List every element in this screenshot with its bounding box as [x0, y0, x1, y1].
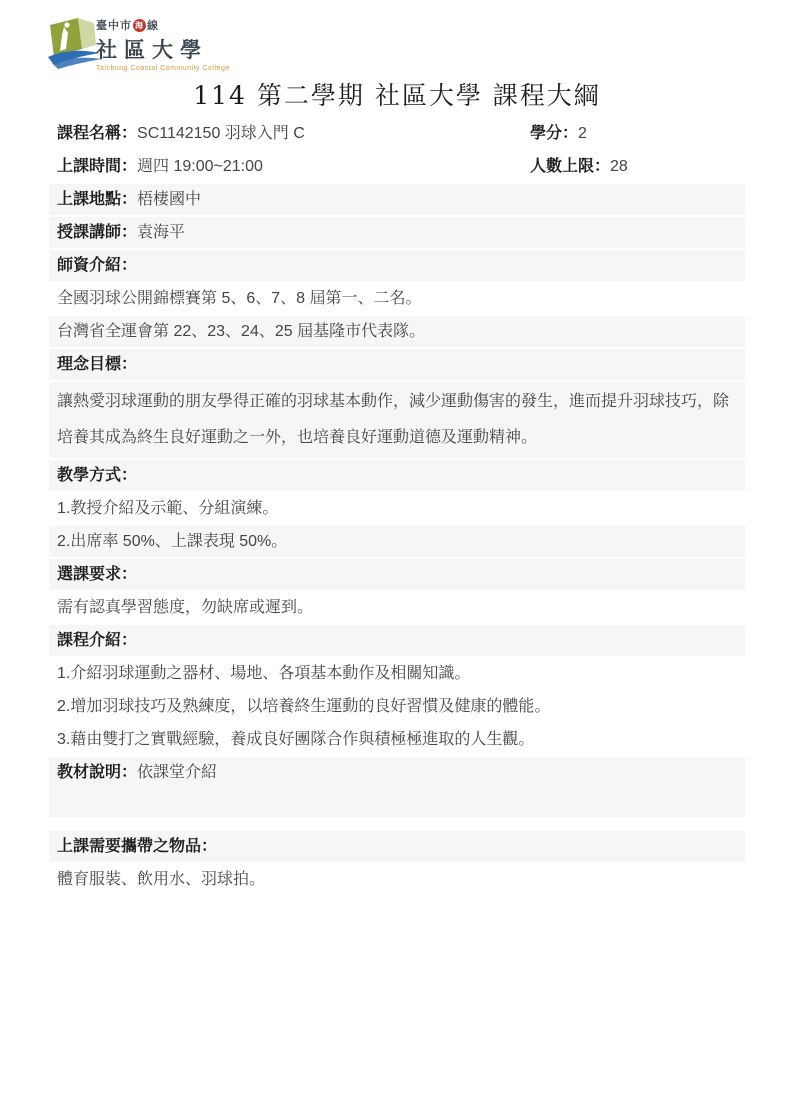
text-line: 2.增加羽球技巧及熟練度，以培養終生運動的良好習慣及健康的體能。 [57, 698, 550, 715]
field-value: 週四 19:00~21:00 [137, 158, 263, 175]
field-row: 上課地點：梧棲國中 [49, 184, 745, 215]
field-label: 學分： [530, 125, 578, 142]
page-title: 114 第二學期 社區大學 課程大綱 [0, 76, 794, 112]
text-line: 1.教授介紹及示範、分組演練。 [57, 500, 278, 517]
field-label: 課程名稱： [57, 125, 137, 142]
text-row: 需有認真學習態度，勿缺席或遲到。 [49, 592, 745, 623]
section-heading-row: 理念目標： [49, 349, 745, 380]
text-line: 全國羽球公開錦標賽第 5、6、7、8 屆第一、二名。 [57, 290, 422, 307]
field: 授課講師：袁海平 [57, 224, 185, 241]
text-row: 體育服裝、飲用水、羽球拍。 [49, 864, 745, 895]
field: 人數上限：28 [530, 151, 628, 182]
text-line: 讓熱愛羽球運動的朋友學得正確的羽球基本動作，減少運動傷害的發生，進而提升羽球技巧… [57, 393, 729, 446]
field-value: SC1142150 羽球入門 C [137, 125, 305, 142]
text-row: 台灣省全運會第 22、23、24、25 屆基隆市代表隊。 [49, 316, 745, 347]
text-row: 讓熱愛羽球運動的朋友學得正確的羽球基本動作，減少運動傷害的發生，進而提升羽球技巧… [49, 382, 745, 458]
logo-text: 臺中市 海 線 社區大學 Taichung Coastal Community … [96, 17, 281, 72]
field-label: 上課時間： [57, 158, 137, 175]
logo-line1: 臺中市 海 線 [96, 17, 281, 33]
field-label: 人數上限： [530, 158, 610, 175]
section-heading: 課程介紹： [57, 632, 137, 649]
text-row: 1.介紹羽球運動之器材、場地、各項基本動作及相關知識。 [49, 658, 745, 689]
school-logo: 臺中市 海 線 社區大學 Taichung Coastal Community … [44, 13, 284, 75]
field-value: 28 [610, 158, 628, 175]
field: 教材說明：依課堂介紹 [57, 764, 217, 781]
text-line: 需有認真學習態度，勿缺席或遲到。 [57, 599, 313, 616]
section-heading-row: 課程介紹： [49, 625, 745, 656]
field: 上課時間：週四 19:00~21:00 [57, 158, 263, 175]
text-line: 體育服裝、飲用水、羽球拍。 [57, 871, 265, 888]
text-row: 3.藉由雙打之實戰經驗，養成良好團隊合作與積極極進取的人生觀。 [49, 724, 745, 755]
spacer-row [49, 819, 745, 829]
field: 學分：2 [530, 118, 587, 149]
field: 上課地點：梧棲國中 [57, 191, 201, 208]
field: 課程名稱：SC1142150 羽球入門 C [57, 125, 305, 142]
field-value: 2 [578, 125, 587, 142]
section-heading-row: 師資介紹： [49, 250, 745, 281]
section-heading: 選課要求： [57, 566, 137, 583]
field-value: 依課堂介紹 [137, 764, 217, 781]
field-row: 課程名稱：SC1142150 羽球入門 C學分：2 [49, 118, 745, 149]
red-seal-icon: 海 [133, 19, 146, 32]
text-row: 全國羽球公開錦標賽第 5、6、7、8 屆第一、二名。 [49, 283, 745, 314]
syllabus-table: 課程名稱：SC1142150 羽球入門 C學分：2上課時間：週四 19:00~2… [49, 118, 745, 897]
text-line: 2.出席率 50%、上課表現 50%。 [57, 533, 287, 550]
section-heading-row: 選課要求： [49, 559, 745, 590]
field-label: 教材說明： [57, 764, 137, 781]
logo-school-name: 社區大學 [96, 34, 281, 64]
section-heading: 師資介紹： [57, 257, 137, 274]
field-value: 袁海平 [137, 224, 185, 241]
text-row: 2.增加羽球技巧及熟練度，以培養終生運動的良好習慣及健康的體能。 [49, 691, 745, 722]
section-heading: 上課需要攜帶之物品： [57, 838, 217, 855]
field-value: 梧棲國中 [137, 191, 201, 208]
logo-line-suffix: 線 [147, 17, 159, 33]
field-label: 授課講師： [57, 224, 137, 241]
syllabus-page: 臺中市 海 線 社區大學 Taichung Coastal Community … [0, 0, 794, 1100]
section-heading-row: 教學方式： [49, 460, 745, 491]
field-row: 授課講師：袁海平 [49, 217, 745, 248]
field-row: 教材說明：依課堂介紹 [49, 757, 745, 817]
text-row: 2.出席率 50%、上課表現 50%。 [49, 526, 745, 557]
logo-english-subtitle: Taichung Coastal Community College [96, 65, 281, 72]
section-heading: 教學方式： [57, 467, 137, 484]
logo-city-text: 臺中市 [96, 17, 132, 33]
section-heading: 理念目標： [57, 356, 137, 373]
section-heading-row: 上課需要攜帶之物品： [49, 831, 745, 862]
field-row: 上課時間：週四 19:00~21:00人數上限：28 [49, 151, 745, 182]
text-row: 1.教授介紹及示範、分組演練。 [49, 493, 745, 524]
field-label: 上課地點： [57, 191, 137, 208]
text-line: 台灣省全運會第 22、23、24、25 屆基隆市代表隊。 [57, 323, 425, 340]
text-line: 1.介紹羽球運動之器材、場地、各項基本動作及相關知識。 [57, 665, 470, 682]
text-line: 3.藉由雙打之實戰經驗，養成良好團隊合作與積極極進取的人生觀。 [57, 731, 534, 748]
